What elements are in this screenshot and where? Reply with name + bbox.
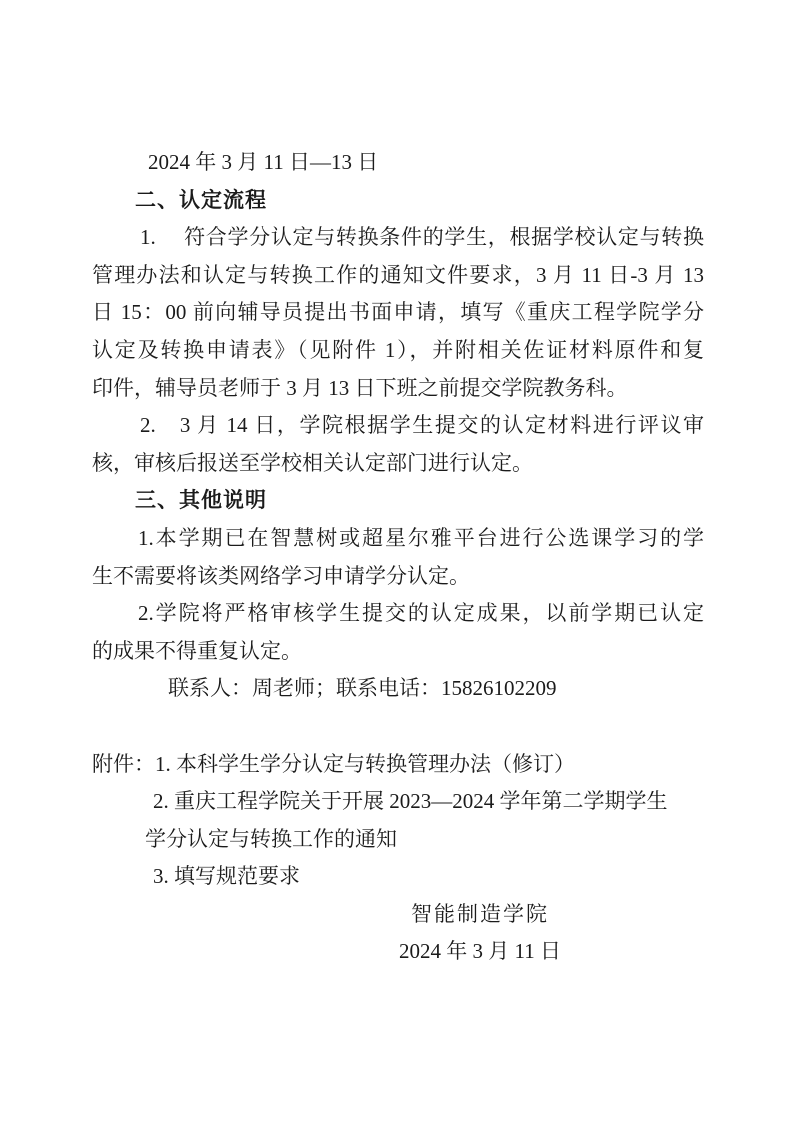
paragraph-line: 生不需要将该类网络学习申请学分认定。 (92, 558, 704, 596)
paragraph-line: 日 15：00 前向辅导员提出书面申请，填写《重庆工程学院学分 (92, 294, 704, 332)
section-3-paragraph-1: 1.本学期已在智慧树或超星尔雅平台进行公选课学习的学 生不需要将该类网络学习申请… (92, 520, 704, 595)
section-3-heading: 三、其他说明 (92, 482, 704, 520)
paragraph-line: 印件，辅导员老师于 3 月 13 日下班之前提交学院教务科。 (92, 370, 704, 408)
paragraph-line: 2. 3 月 14 日，学院根据学生提交的认定材料进行评议审 (92, 407, 704, 445)
attachment-item-2-line-1: 2. 重庆工程学院关于开展 2023—2024 学年第二学期学生 (153, 783, 704, 821)
signature-block: 智能制造学院 2024 年 3 月 11 日 (394, 896, 566, 971)
signature-org: 智能制造学院 (394, 896, 566, 934)
document-page: 2024 年 3 月 11 日—13 日 二、认定流程 1. 符合学分认定与转换… (0, 0, 794, 1122)
attachment-item-2-line-2: 学分认定与转换工作的通知 (145, 821, 704, 859)
document-content: 2024 年 3 月 11 日—13 日 二、认定流程 1. 符合学分认定与转换… (92, 144, 704, 971)
section-2-paragraph-1: 1. 符合学分认定与转换条件的学生，根据学校认定与转换 管理办法和认定与转换工作… (92, 219, 704, 407)
attachments-label: 附件： (92, 746, 155, 784)
contact-line: 联系人：周老师；联系电话：15826102209 (92, 670, 704, 708)
attachment-item-1: 1. 本科学生学分认定与转换管理办法（修订） (155, 746, 704, 784)
paragraph-line: 的成果不得重复认定。 (92, 633, 704, 671)
section-3-paragraph-2: 2.学院将严格审核学生提交的认定成果，以前学期已认定 的成果不得重复认定。 (92, 595, 704, 670)
attachments-block: 附件： 1. 本科学生学分认定与转换管理办法（修订） 2. 重庆工程学院关于开展… (92, 746, 704, 896)
blank-line (92, 708, 704, 746)
paragraph-line: 管理办法和认定与转换工作的通知文件要求，3 月 11 日-3 月 13 (92, 257, 704, 295)
paragraph-line: 2.学院将严格审核学生提交的认定成果，以前学期已认定 (92, 595, 704, 633)
signature-date: 2024 年 3 月 11 日 (394, 933, 566, 971)
paragraph-line: 1. 符合学分认定与转换条件的学生，根据学校认定与转换 (92, 219, 704, 257)
paragraph-line: 核，审核后报送至学校相关认定部门进行认定。 (92, 445, 704, 483)
paragraph-line: 1.本学期已在智慧树或超星尔雅平台进行公选课学习的学 (92, 520, 704, 558)
paragraph-line: 认定及转换申请表》（见附件 1），并附相关佐证材料原件和复 (92, 332, 704, 370)
attachment-item-3: 3. 填写规范要求 (153, 858, 704, 896)
section-2-heading: 二、认定流程 (92, 182, 704, 220)
date-range-line: 2024 年 3 月 11 日—13 日 (92, 144, 704, 182)
attachment-item-1-row: 附件： 1. 本科学生学分认定与转换管理办法（修订） (92, 746, 704, 784)
section-2-paragraph-2: 2. 3 月 14 日，学院根据学生提交的认定材料进行评议审 核，审核后报送至学… (92, 407, 704, 482)
